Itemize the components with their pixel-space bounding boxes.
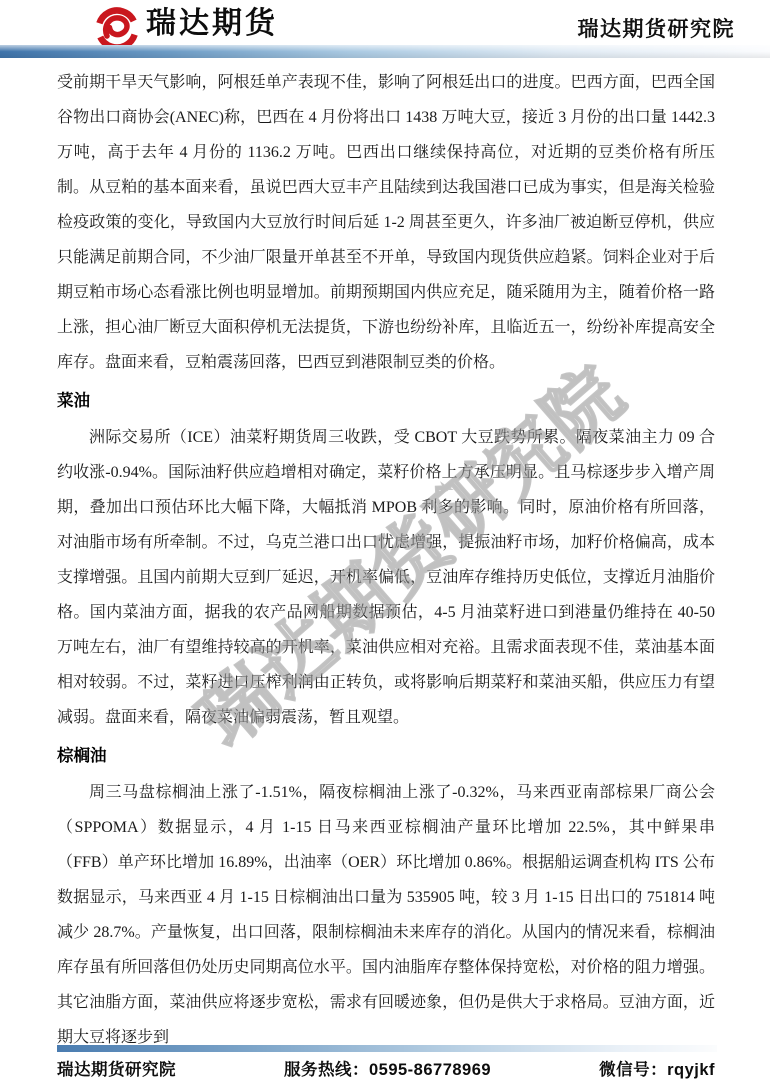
header-divider-bar (0, 45, 770, 58)
section-heading-rapeseed-oil: 菜油 (57, 384, 715, 419)
footer-divider-bar (57, 1045, 717, 1052)
footer: 瑞达期货研究院 服务热线：0595-86778969 微信号：rqyjkf (57, 1057, 715, 1083)
report-body: 受前期干旱天气影响，阿根廷单产表现不佳，影响了阿根廷出口的进度。巴西方面，巴西全… (57, 65, 715, 1055)
soymeal-paragraph: 受前期干旱天气影响，阿根廷单产表现不佳，影响了阿根廷出口的进度。巴西方面，巴西全… (57, 65, 715, 380)
rapeseed-oil-paragraph: 洲际交易所（ICE）油菜籽期货周三收跌，受 CBOT 大豆跌势所累。隔夜菜油主力… (57, 420, 715, 735)
footer-wechat: 微信号：rqyjkf (599, 1057, 715, 1083)
report-page: 瑞达期货 RUIDA FUTURES CO.,LTD. 瑞达期货研究院 受前期干… (0, 0, 770, 1090)
page-title: 瑞达期货研究院 (578, 13, 736, 43)
footer-institute: 瑞达期货研究院 (57, 1057, 176, 1083)
palm-oil-paragraph: 周三马盘棕榈油上涨了-1.51%，隔夜棕榈油上涨了-0.32%，马来西亚南部棕果… (57, 775, 715, 1055)
footer-hotline: 服务热线：0595-86778969 (284, 1057, 491, 1083)
brand-name: 瑞达期货 (146, 8, 278, 40)
section-heading-palm-oil: 棕榈油 (57, 739, 715, 774)
